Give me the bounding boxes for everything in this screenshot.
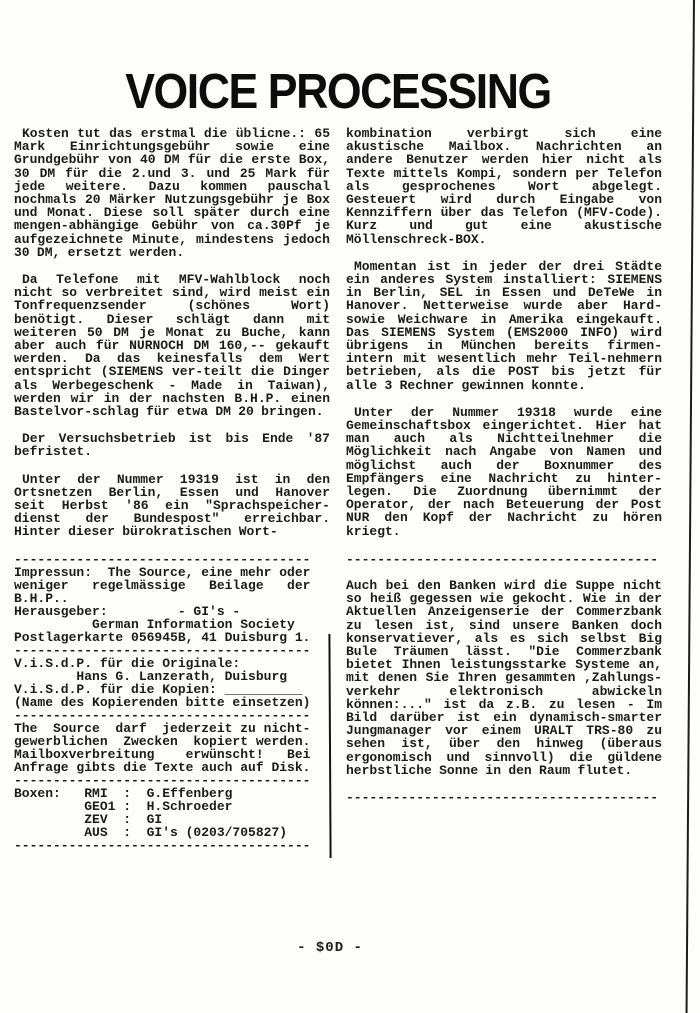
- right-column: kombination verbirgt sich eine akustisch…: [346, 127, 662, 852]
- paragraph-three-systems: Momentan ist in jeder der drei Städte ei…: [346, 260, 662, 392]
- paragraph-acoustic-mailbox: kombination verbirgt sich eine akustisch…: [346, 127, 662, 246]
- two-column-layout: Kosten tut das erstmal die üblicne.: 65 …: [14, 127, 662, 852]
- paragraph-costs: Kosten tut das erstmal die üblicne.: 65 …: [14, 127, 330, 259]
- left-column: Kosten tut das erstmal die üblicne.: 65 …: [14, 127, 330, 852]
- paragraph-number-19319: Unter der Nummer 19319 ist in den Ortsne…: [14, 473, 330, 539]
- scanned-newsletter-page: VOICE PROCESSING Kosten tut das erstmal …: [0, 0, 700, 1013]
- paragraph-trial-period: Der Versuchsbetrieb ist bis Ende '87 bef…: [14, 432, 330, 458]
- page-edge-scan-line: [686, 0, 695, 1013]
- paragraph-number-19318: Unter der Nummer 19318 wurde eine Gemein…: [346, 406, 662, 538]
- impressum-block: -------------------------------------- I…: [14, 553, 330, 852]
- dashed-divider-bottom: ----------------------------------------: [346, 791, 662, 804]
- paragraph-banks-commerzbank: Auch bei den Banken wird die Suppe nicht…: [346, 579, 662, 777]
- dashed-divider-top: ----------------------------------------: [346, 553, 662, 566]
- paragraph-mfv-sender: Da Telefone mit MFV-Wahlblock noch nicht…: [14, 273, 330, 418]
- page-number-label: - $0D -: [0, 940, 660, 956]
- page-title: VOICE PROCESSING: [10, 62, 666, 119]
